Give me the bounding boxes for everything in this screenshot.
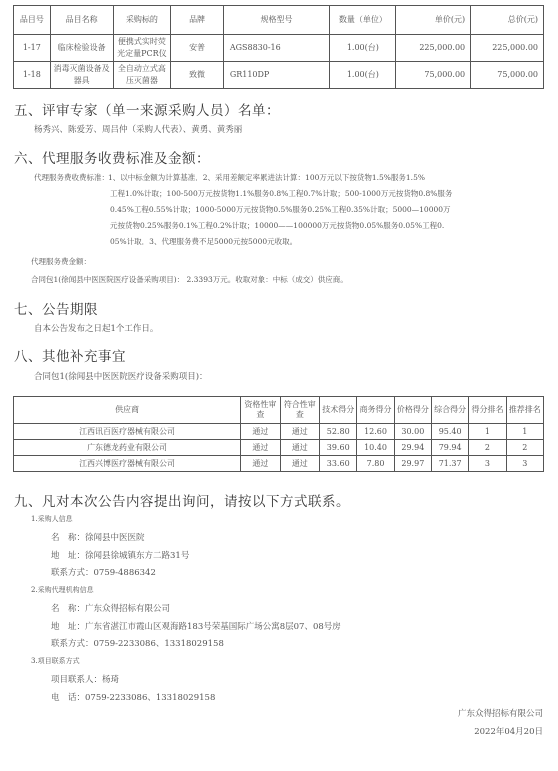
fee-standard-line: 0.45%工程0.55%计取；1000-5000万元按货物0.5%服务0.25%… [110, 204, 451, 215]
section6-title: 六、代理服务收费标准及金额： [14, 147, 210, 167]
col-header: 综合得分 [431, 397, 468, 424]
col-header: 品牌 [171, 6, 224, 35]
table-row: 1-17 临床检验设备 便携式实时荧光定量PCR仪 安普 AGS8830-16 … [14, 35, 544, 62]
cell-model: GR110DP [223, 62, 329, 89]
cell-qualification: 通过 [241, 456, 280, 472]
fee-standard-line: 元按货物0.25%服务0.1%工程0.2%计取；10000——100000万元按… [110, 220, 444, 231]
score-table: 供应商 资格性审查 符合性审查 技术得分 商务得分 价格得分 综合得分 得分排名… [13, 396, 544, 472]
cell-item-name: 消毒灭菌设备及器具 [50, 62, 113, 89]
fee-standard-line: 工程1.0%计取；100-500万元按货物1.1%服务0.8%工程0.7%计取；… [110, 188, 452, 199]
cell-business-score: 12.60 [357, 424, 394, 440]
project-heading: 3.项目联系方式 [31, 656, 80, 666]
col-header: 价格得分 [394, 397, 431, 424]
table-row: 江西兴博医疗器械有限公司 通过 通过 33.60 7.80 29.97 71.3… [14, 456, 544, 472]
section5-title: 五、评审专家（单一来源采购人员）名单： [14, 99, 280, 119]
col-header: 采购标的 [113, 6, 171, 35]
cell-total-price: 225,000.00 [471, 35, 544, 62]
agency-name: 名 称：广东众得招标有限公司 [51, 602, 170, 614]
cell-qualification: 通过 [241, 424, 280, 440]
cell-total-score: 95.40 [431, 424, 468, 440]
cell-qty: 1.00(台) [330, 35, 396, 62]
table-row: 江西讯百医疗器械有限公司 通过 通过 52.80 12.60 30.00 95.… [14, 424, 544, 440]
cell-qualification: 通过 [241, 440, 280, 456]
table-row: 1-18 消毒灭菌设备及器具 全自动立式高压灭菌器 致微 GR110DP 1.0… [14, 62, 544, 89]
col-header: 得分排名 [469, 397, 506, 424]
cell-brand: 致微 [171, 62, 224, 89]
cell-item-name: 临床检验设备 [50, 35, 113, 62]
cell-item-no: 1-18 [14, 62, 51, 89]
fee-standard-line: 1、以中标金额为计算基准．2、采用差额定率累进法计算：100万元以下按货物1.5… [108, 172, 425, 183]
col-header: 总价(元) [471, 6, 544, 35]
signature-company: 广东众得招标有限公司 [458, 707, 543, 719]
cell-item-no: 1-17 [14, 35, 51, 62]
col-header: 品目名称 [50, 6, 113, 35]
cell-business-score: 10.40 [357, 440, 394, 456]
cell-total-score: 79.94 [431, 440, 468, 456]
cell-compliance: 通过 [280, 440, 319, 456]
col-header: 规格型号 [223, 6, 329, 35]
fee-amount-text: 合同包1(徐闻县中医医院医疗设备采购项目)： 2.3393万元。收取对象：中标（… [31, 274, 348, 285]
agency-contact: 联系方式：0759-2233086、13318029158 [51, 637, 224, 649]
purchaser-name: 名 称：徐闻县中医医院 [51, 531, 145, 543]
fee-standard-line: 05%计取．3、代理服务费不足5000元按5000元收取。 [110, 236, 297, 247]
section8-title: 八、其他补充事宜 [14, 345, 126, 365]
agency-heading: 2.采购代理机构信息 [31, 585, 94, 595]
cell-supplier: 江西兴博医疗器械有限公司 [14, 456, 241, 472]
purchaser-contact: 联系方式：0759-4886342 [51, 566, 156, 578]
cell-business-score: 7.80 [357, 456, 394, 472]
col-header: 数量（单位） [330, 6, 396, 35]
table-header-row: 供应商 资格性审查 符合性审查 技术得分 商务得分 价格得分 综合得分 得分排名… [14, 397, 544, 424]
cell-total-price: 75,000.00 [471, 62, 544, 89]
col-header: 推荐排名 [506, 397, 543, 424]
cell-qty: 1.00(台) [330, 62, 396, 89]
cell-target: 全自动立式高压灭菌器 [113, 62, 171, 89]
items-table: 品目号 品目名称 采购标的 品牌 规格型号 数量（单位） 单价(元) 总价(元)… [13, 5, 544, 89]
signature-date: 2022年04月20日 [474, 725, 543, 737]
col-header: 商务得分 [357, 397, 394, 424]
cell-unit-price: 225,000.00 [396, 35, 471, 62]
purchaser-heading: 1.采购人信息 [31, 514, 73, 524]
section5-text: 杨秀兴、陈爱芳、周吕仲（采购人代表）、黄勇、黄秀丽 [34, 123, 242, 135]
cell-total-score: 71.37 [431, 456, 468, 472]
col-header: 技术得分 [320, 397, 357, 424]
cell-target: 便携式实时荧光定量PCR仪 [113, 35, 171, 62]
section7-text: 自本公告发布之日起1个工作日。 [34, 322, 158, 334]
cell-tech-score: 39.60 [320, 440, 357, 456]
col-header: 品目号 [14, 6, 51, 35]
project-phone: 电 话：0759-2233086、13318029158 [51, 691, 215, 703]
cell-brand: 安普 [171, 35, 224, 62]
agency-address: 地 址：广东省湛江市霞山区观海路183号荣基国际广场公寓8层07、08号房 [51, 620, 341, 632]
fee-standard-label: 代理服务费收费标准： [34, 172, 109, 183]
cell-supplier: 广东德龙药业有限公司 [14, 440, 241, 456]
fee-amount-label: 代理服务费金额： [31, 256, 91, 267]
cell-recommend-rank: 3 [506, 456, 543, 472]
col-header: 符合性审查 [280, 397, 319, 424]
cell-score-rank: 2 [469, 440, 506, 456]
project-person: 项目联系人：杨琦 [51, 673, 119, 685]
cell-supplier: 江西讯百医疗器械有限公司 [14, 424, 241, 440]
cell-score-rank: 3 [469, 456, 506, 472]
cell-score-rank: 1 [469, 424, 506, 440]
table-row: 广东德龙药业有限公司 通过 通过 39.60 10.40 29.94 79.94… [14, 440, 544, 456]
cell-recommend-rank: 1 [506, 424, 543, 440]
cell-compliance: 通过 [280, 424, 319, 440]
cell-compliance: 通过 [280, 456, 319, 472]
section9-title: 九、凡对本次公告内容提出询问，请按以下方式联系。 [14, 490, 350, 510]
col-header: 资格性审查 [241, 397, 280, 424]
cell-price-score: 29.94 [394, 440, 431, 456]
section8-text: 合同包1(徐闻县中医医院医疗设备采购项目)： [34, 370, 208, 382]
cell-model: AGS8830-16 [223, 35, 329, 62]
cell-unit-price: 75,000.00 [396, 62, 471, 89]
purchaser-address: 地 址：徐闻县徐城镇东方二路31号 [51, 549, 189, 561]
col-header: 供应商 [14, 397, 241, 424]
cell-price-score: 29.97 [394, 456, 431, 472]
cell-price-score: 30.00 [394, 424, 431, 440]
cell-tech-score: 33.60 [320, 456, 357, 472]
cell-recommend-rank: 2 [506, 440, 543, 456]
section7-title: 七、公告期限 [14, 298, 98, 318]
col-header: 单价(元) [396, 6, 471, 35]
cell-tech-score: 52.80 [320, 424, 357, 440]
table-header-row: 品目号 品目名称 采购标的 品牌 规格型号 数量（单位） 单价(元) 总价(元) [14, 6, 544, 35]
